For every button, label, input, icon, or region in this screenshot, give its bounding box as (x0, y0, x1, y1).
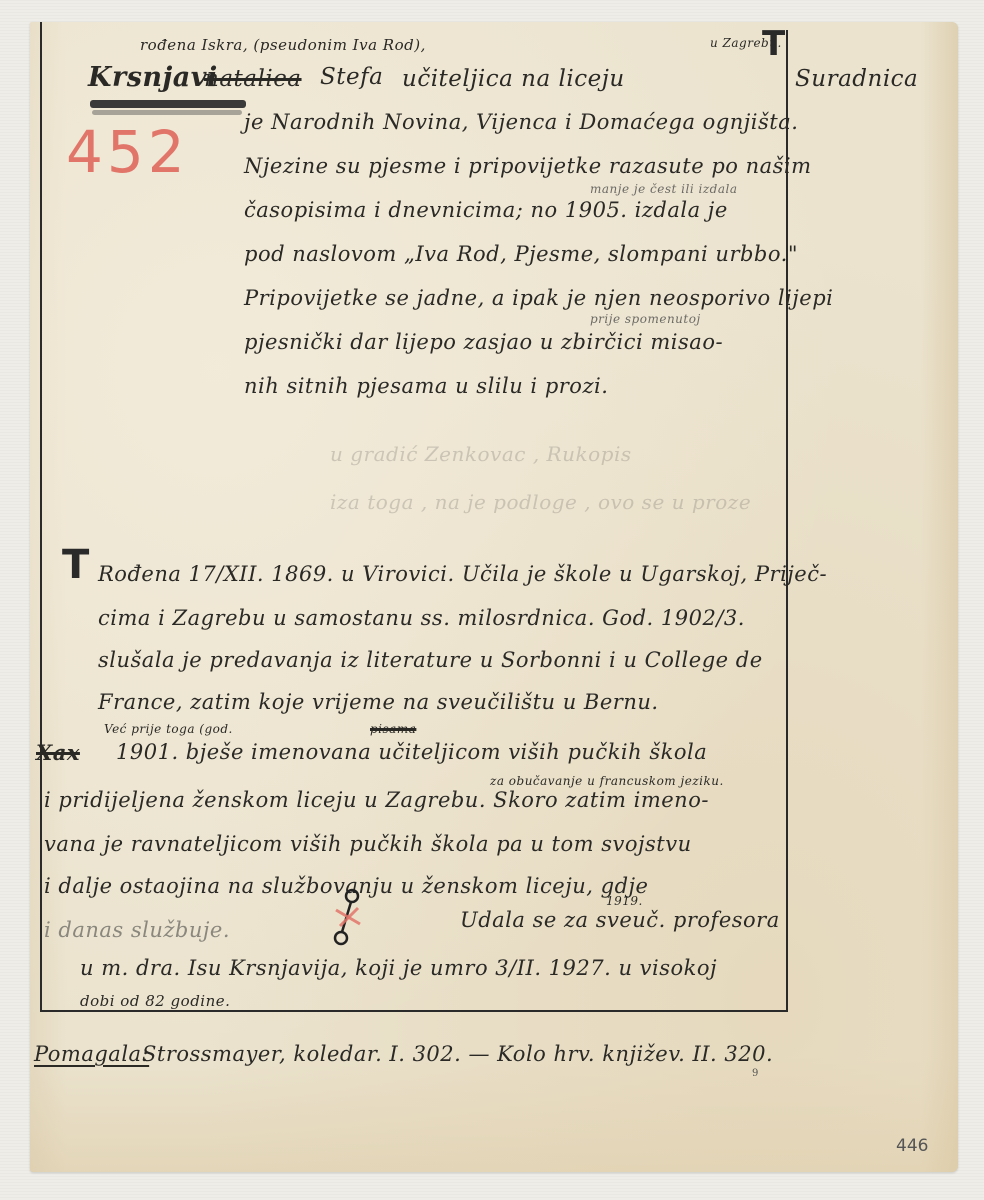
deletion-mark-icon (330, 888, 370, 948)
para1-line-4: pod naslovom „Iva Rod, Pjesme, slompani … (244, 242, 798, 266)
page-number: 446 (896, 1136, 928, 1156)
para1-line-6: pjesnički dar lijepo zasjao u zbirčici m… (244, 330, 723, 354)
bleed-through-text: u gradić Zenkovac , Rukopis (330, 442, 632, 466)
para2-line-1: Rođena 17/XII. 1869. u Virovici. Učila j… (98, 562, 827, 586)
para1-line-1: je Narodnih Novina, Vijenca i Domaćega o… (244, 110, 798, 134)
sources-label: Pomagala: (34, 1042, 149, 1066)
footnote-marker: 9 (752, 1068, 759, 1079)
document-page: 452 rođena Iskra, (pseudonim Iva Rod), u… (30, 22, 958, 1172)
para1-line-2: Njezine su pjesme i pripovijetke razasut… (244, 154, 812, 178)
para1-line-3: časopisima i dnevnicima; no 1905. izdala… (244, 198, 728, 222)
para2-line-10: Udala se za sveuč. profesora (460, 908, 780, 932)
para2-interlinear-4: za obučavanje u francuskom jeziku. (490, 774, 724, 788)
para2-interlinear-3: Već prije toga (god. (104, 722, 233, 736)
bleed-through-text: iza toga , na je podloge , ovo se u proz… (330, 490, 751, 514)
para2-line-9: i danas službuje. (44, 918, 230, 942)
para2-line-11: u m. dra. Isu Krsnjavija, koji je umro 3… (80, 956, 717, 980)
heading-above-line: rođena Iskra, (pseudonim Iva Rod), (140, 36, 426, 54)
para2-line-12: dobi od 82 godine. (80, 992, 230, 1010)
para1-interlinear-2: prije spomenutoj (590, 312, 701, 326)
para2-line-5: 1901. bješe imenovana učiteljicom viših … (116, 740, 707, 764)
para2-line-4: France, zatim koje vrijeme na sveučilišt… (98, 690, 659, 714)
para2-struck-word-2: pisama (370, 722, 416, 736)
heading-underline-shadow (92, 110, 242, 115)
heading-underline (90, 100, 246, 108)
para1-line-5: Pripovijetke se jadne, a ipak je njen ne… (244, 286, 833, 310)
heading-line1-right: Suradnica (795, 66, 918, 92)
para1-line-7: nih sitnih pjesama u slilu i prozi. (244, 374, 608, 398)
para2-margin-struck: Xax (36, 740, 80, 765)
red-catalog-number: 452 (66, 118, 189, 186)
insert-mark-icon: T (762, 24, 785, 64)
para2-line-2: cima i Zagrebu u samostanu ss. milosrdni… (98, 606, 745, 630)
heading-struck-name: nataliea (204, 66, 302, 92)
insert-mark-icon: T (62, 542, 89, 588)
para2-line-6: i pridijeljena ženskom liceju u Zagrebu.… (44, 788, 709, 812)
left-margin-rule (40, 22, 42, 1012)
heading-surname: Krsnjavi (88, 62, 218, 93)
para1-interlinear-1: manje je čest ili izdala (590, 182, 737, 196)
box-bottom-rule (40, 1010, 788, 1012)
sources-text: Strossmayer, koledar. I. 302. — Kolo hrv… (142, 1042, 773, 1066)
para2-line-3: slušala je predavanja iz literature u So… (98, 648, 763, 672)
para2-line-7: vana je ravnateljicom viših pučkih škola… (44, 832, 692, 856)
heading-given-name: Stefa (320, 64, 383, 90)
para2-interlinear-5: 1919. (606, 894, 643, 908)
heading-line1-rest: učiteljica na liceju (402, 66, 625, 92)
